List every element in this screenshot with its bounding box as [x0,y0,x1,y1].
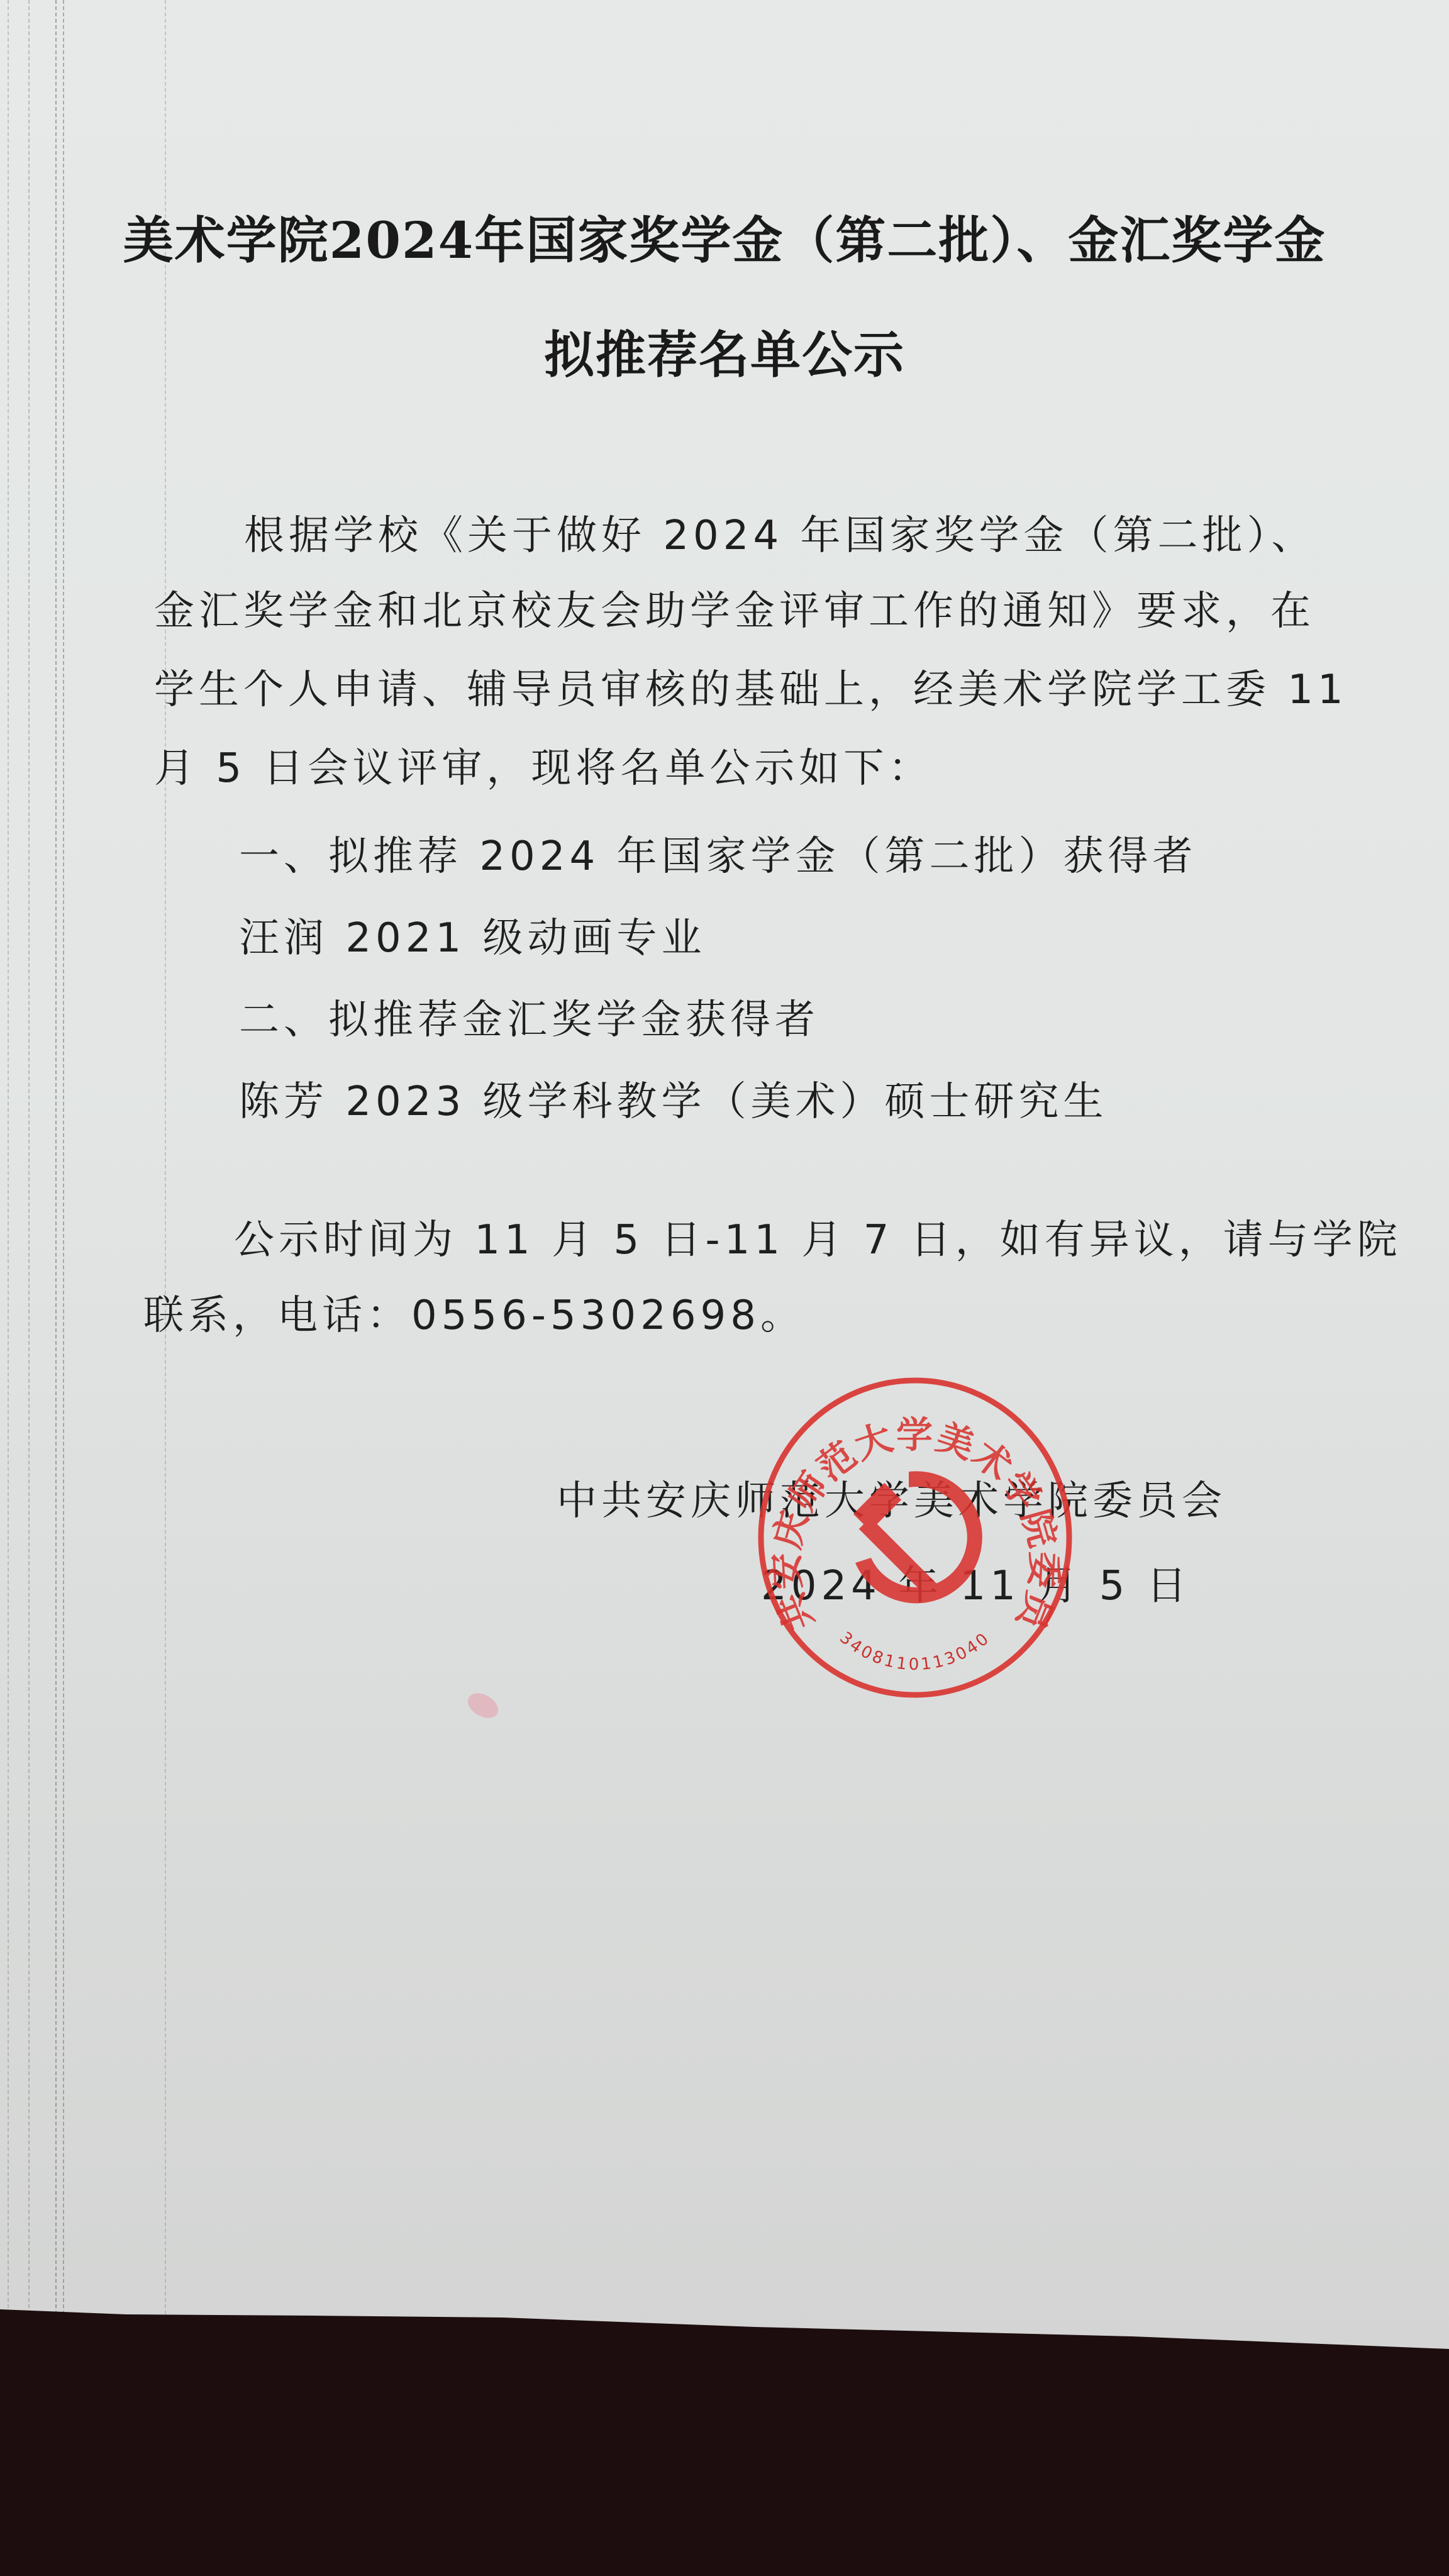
document-title-line2: 拟推荐名单公示 [0,314,1449,387]
svg-text:3408110113040: 3408110113040 [836,1628,994,1674]
paragraph-line: 根据学校《关于做好 2024 年国家奖学金（第二批）、 [244,503,1316,561]
section-entry-2: 陈芳 2023 级学科教学（美术）硕士研究生 [239,1069,1108,1127]
paragraph-line: 月 5 日会议评审，现将名单公示如下： [154,736,933,794]
section-entry-1: 汪润 2021 级动画专业 [239,906,706,963]
hammer-and-sickle-icon [853,1471,982,1603]
notice-line: 联系，电话：0556-5302698。 [143,1283,805,1341]
paper-sheet: 美术学院2024年国家奖学金（第二批）、金汇奖学金 拟推荐名单公示 根据学校《关… [0,0,1449,2365]
ink-smudge [464,1688,502,1723]
official-seal: 中共安庆师范大学美术学院委员会 3408110113040 [752,1377,1079,1704]
section-heading-1: 一、拟推荐 2024 年国家学金（第二批）获得者 [239,824,1197,882]
section-heading-2: 二、拟推荐金汇奖学金获得者 [239,987,819,1045]
notice-line: 公示时间为 11 月 5 日-11 月 7 日，如有异议，请与学院 [234,1207,1402,1265]
document-title-line1: 美术学院2024年国家奖学金（第二批）、金汇奖学金 [0,200,1449,272]
paragraph-line: 学生个人申请、辅导员审核的基础上，经美术学院学工委 11 [154,657,1348,715]
paragraph-line: 金汇奖学金和北京校友会助学金评审工作的通知》要求，在 [154,579,1315,636]
